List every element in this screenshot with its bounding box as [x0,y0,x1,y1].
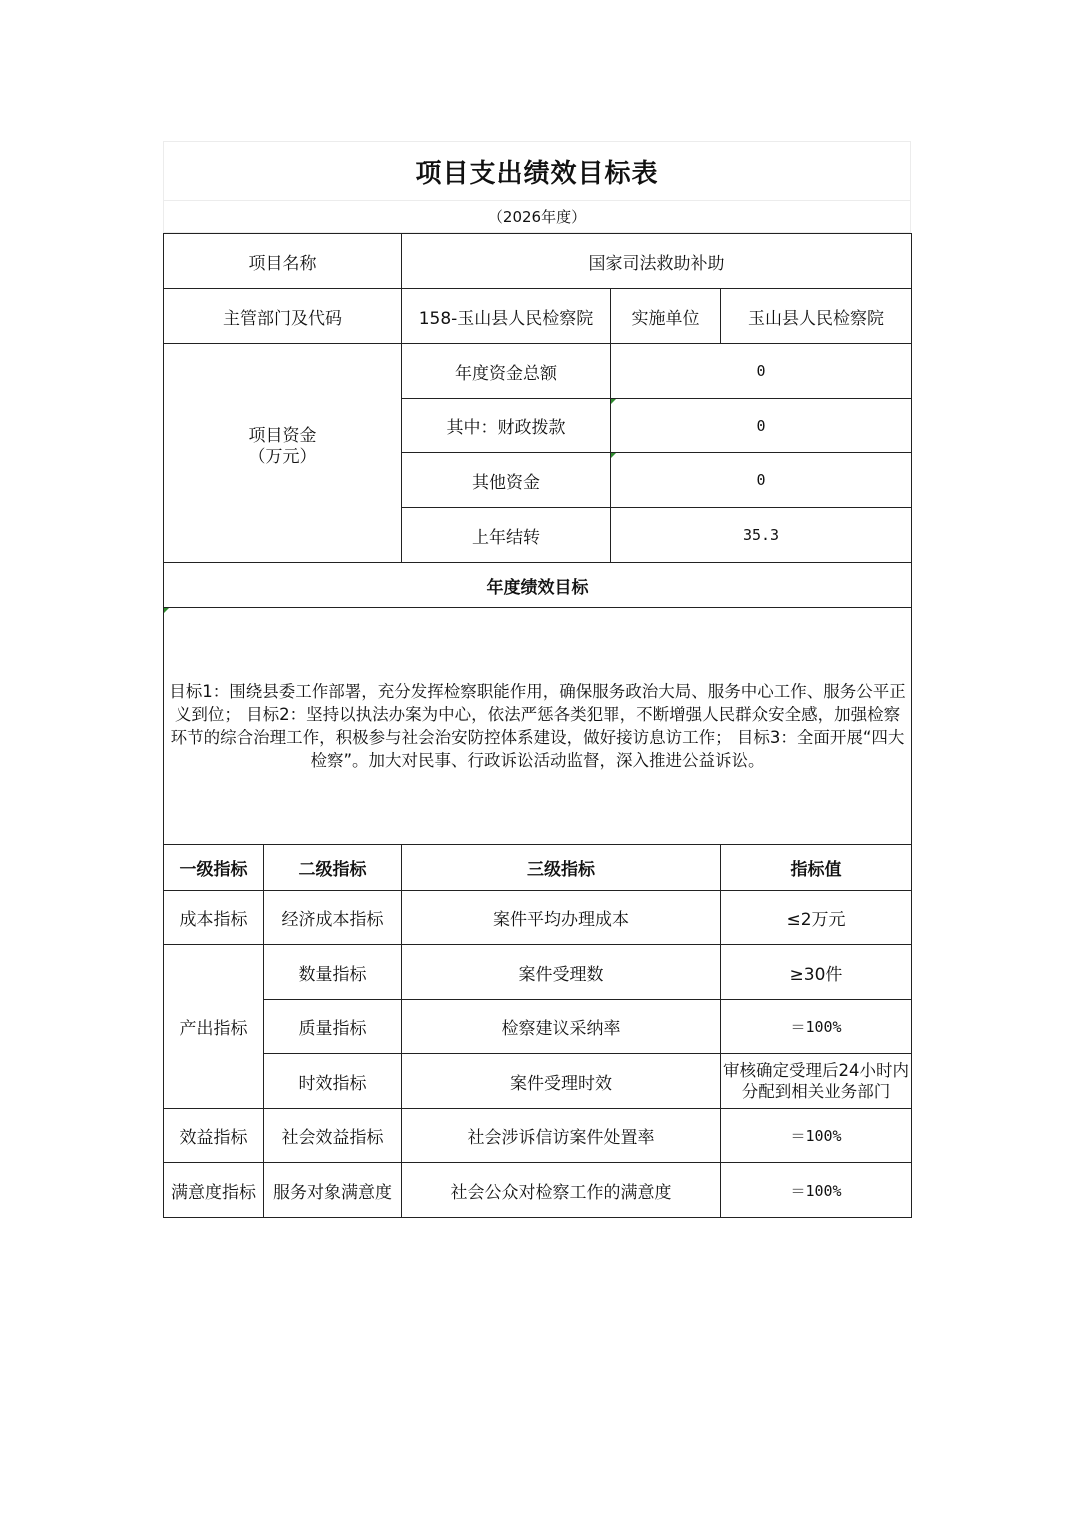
project-name-value: 国家司法救助补助 [402,234,912,289]
level1-benefit: 效益指标 [164,1109,264,1163]
funding-label-line2: （万元） [166,447,399,468]
project-name-label: 项目名称 [164,234,402,289]
level2-cell: 时效指标 [264,1054,402,1109]
department-row: 主管部门及代码 158-玉山县人民检察院 实施单位 玉山县人民检察院 [164,289,912,344]
funding-item-value: 0 [611,399,912,453]
level3-cell: 案件平均办理成本 [402,891,721,945]
indicator-row: 时效指标 案件受理时效 审核确定受理后24小时内分配到相关业务部门 [164,1054,912,1109]
level1-satisfaction: 满意度指标 [164,1163,264,1218]
header-level3: 三级指标 [402,845,721,891]
year-label: （2026年度） [163,200,911,233]
indicator-row: 质量指标 检察建议采纳率 ＝100% [164,1000,912,1054]
department-label: 主管部门及代码 [164,289,402,344]
project-info-table: 项目名称 国家司法救助补助 主管部门及代码 158-玉山县人民检察院 实施单位 … [163,233,912,845]
annual-goals-header-row: 年度绩效目标 [164,563,912,608]
level3-cell: 检察建议采纳率 [402,1000,721,1054]
indicator-value: ＝100% [721,1109,912,1163]
annual-goals-row: 目标1：围绕县委工作部署，充分发挥检察职能作用，确保服务政治大局、服务中心工作、… [164,608,912,845]
level2-cell: 经济成本指标 [264,891,402,945]
funding-item-label: 年度资金总额 [402,344,611,399]
department-value: 158-玉山县人民检察院 [402,289,611,344]
funding-row: 项目资金 （万元） 年度资金总额 0 [164,344,912,399]
indicator-value: ＝100% [721,1000,912,1054]
funding-item-label: 上年结转 [402,508,611,563]
indicator-row: 效益指标 社会效益指标 社会涉诉信访案件处置率 ＝100% [164,1109,912,1163]
funding-item-label: 其中：财政拨款 [402,399,611,453]
indicator-row: 产出指标 数量指标 案件受理数 ≥30件 [164,945,912,1000]
indicator-row: 满意度指标 服务对象满意度 社会公众对检察工作的满意度 ＝100% [164,1163,912,1218]
indicators-header-row: 一级指标 二级指标 三级指标 指标值 [164,845,912,891]
funding-item-value: 35.3 [611,508,912,563]
level2-cell: 数量指标 [264,945,402,1000]
indicator-value: ≤2万元 [721,891,912,945]
performance-target-sheet: 项目支出绩效目标表 （2026年度） 项目名称 国家司法救助补助 主管部门及代码… [163,141,911,1218]
level3-cell: 案件受理时效 [402,1054,721,1109]
indicator-value: 审核确定受理后24小时内分配到相关业务部门 [721,1054,912,1109]
level3-cell: 案件受理数 [402,945,721,1000]
indicator-row: 成本指标 经济成本指标 案件平均办理成本 ≤2万元 [164,891,912,945]
indicators-table: 一级指标 二级指标 三级指标 指标值 成本指标 经济成本指标 案件平均办理成本 … [163,844,912,1218]
header-level2: 二级指标 [264,845,402,891]
level3-cell: 社会涉诉信访案件处置率 [402,1109,721,1163]
indicator-value: ＝100% [721,1163,912,1218]
level2-cell: 社会效益指标 [264,1109,402,1163]
funding-item-value: 0 [611,344,912,399]
implementing-unit-value: 玉山县人民检察院 [721,289,912,344]
funding-label: 项目资金 （万元） [164,344,402,563]
level3-cell: 社会公众对检察工作的满意度 [402,1163,721,1218]
level2-cell: 质量指标 [264,1000,402,1054]
funding-item-label: 其他资金 [402,453,611,508]
project-name-row: 项目名称 国家司法救助补助 [164,234,912,289]
annual-goals-text: 目标1：围绕县委工作部署，充分发挥检察职能作用，确保服务政治大局、服务中心工作、… [164,608,912,845]
funding-item-value: 0 [611,453,912,508]
indicator-value: ≥30件 [721,945,912,1000]
level1-output: 产出指标 [164,945,264,1109]
header-value: 指标值 [721,845,912,891]
header-level1: 一级指标 [164,845,264,891]
funding-label-line1: 项目资金 [166,426,399,447]
implementing-unit-label: 实施单位 [611,289,721,344]
document-title: 项目支出绩效目标表 [163,141,911,200]
annual-goals-header: 年度绩效目标 [164,563,912,608]
level1-cost: 成本指标 [164,891,264,945]
level2-cell: 服务对象满意度 [264,1163,402,1218]
